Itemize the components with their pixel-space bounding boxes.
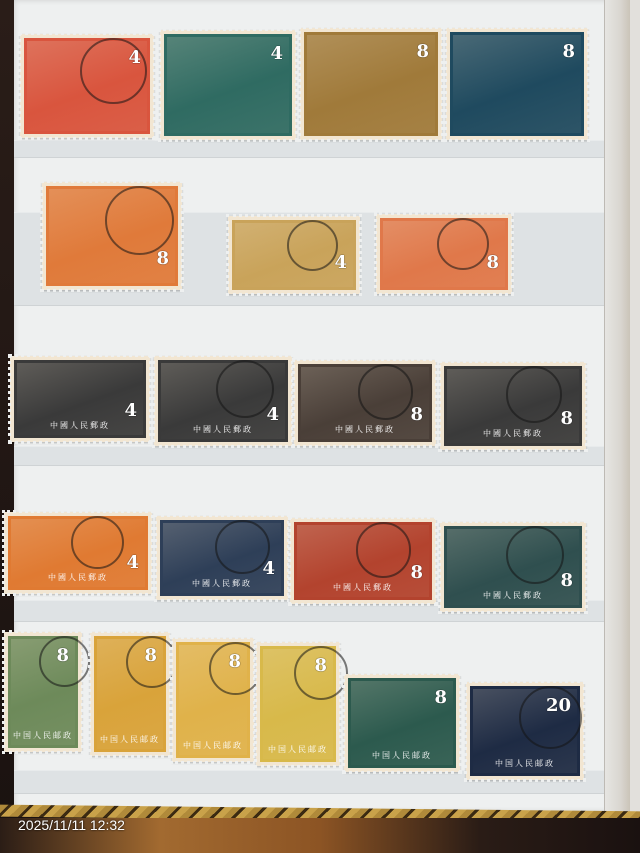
stamp-denomination: 4 <box>128 47 141 68</box>
stamp-denomination: 4 <box>334 252 347 273</box>
stamp-image: 4 <box>232 220 356 290</box>
stamp-country-label: 中国人民邮政 <box>263 744 333 755</box>
album-edge <box>630 0 640 815</box>
stamp-denomination: 4 <box>270 43 283 64</box>
stamp-denomination: 8 <box>228 651 241 672</box>
stamp-denomination: 8 <box>156 248 169 269</box>
stamp-image: 4中國人民郵政 <box>14 360 146 438</box>
stamp-denomination: 8 <box>410 404 423 425</box>
stamp-image: 8中國人民郵政 <box>294 522 432 600</box>
temple-of-heaven-stamp: 8 <box>446 28 588 140</box>
stamp-country-label: 中国人民邮政 <box>11 730 75 741</box>
map-stamp: 4中國人民郵政 <box>4 512 152 594</box>
stamp-image: 8中國人民郵政 <box>444 366 582 446</box>
stamp-image: 4 <box>164 34 292 136</box>
stamp-country-label: 中国人民邮政 <box>473 758 577 769</box>
stamp-denomination: 8 <box>562 41 575 62</box>
mural-stamp-2: 4中國人民郵政 <box>154 356 292 446</box>
river-stamp: 8中國人民郵政 <box>440 522 586 612</box>
stamp-country-label: 中國人民郵政 <box>301 424 429 435</box>
plough-stamp: 8中国人民邮政 <box>90 632 170 756</box>
stamp-image: 8 <box>304 32 438 136</box>
stamp-denomination: 8 <box>144 645 157 666</box>
stamp-image: 4中國人民郵政 <box>158 360 288 442</box>
mural-stamp-3: 8中國人民郵政 <box>294 360 436 446</box>
stamp-denomination: 8 <box>486 252 499 273</box>
stamp-denomination: 8 <box>560 570 573 591</box>
stamp-country-label: 中国人民邮政 <box>179 740 247 751</box>
planetarium-stamp: 8中国人民邮政 <box>344 674 460 772</box>
stamp-country-label: 中國人民郵政 <box>297 582 429 593</box>
harvest-girl-stamp: 8中国人民邮政 <box>172 638 254 762</box>
stamp-denomination: 8 <box>56 645 69 666</box>
stamp-country-label: 中國人民郵政 <box>163 578 281 589</box>
stamp-country-label: 中國人民郵政 <box>17 420 143 431</box>
stamp-image: 8中国人民邮政 <box>348 678 456 768</box>
stamp-denomination: 8 <box>560 408 573 429</box>
emblem-stamp-yellow: 4 <box>228 216 360 294</box>
stamp-denomination: 8 <box>434 687 447 708</box>
stamp-image: 8中國人民郵政 <box>444 526 582 608</box>
stamp-image: 8中國人民郵政 <box>298 364 432 442</box>
stamp-country-label: 中國人民郵政 <box>447 590 579 601</box>
stamp-denomination: 4 <box>126 552 139 573</box>
forbidden-city-stamp: 8 <box>300 28 442 140</box>
dam-stamp: 4中國人民郵政 <box>156 516 288 600</box>
stamp-country-label: 中国人民邮政 <box>351 750 453 761</box>
stamp-denomination: 8 <box>416 41 429 62</box>
stamp-image: 8中国人民邮政 <box>176 642 250 758</box>
emblem-stamp-orange: 8 <box>376 214 512 294</box>
mural-stamp-4: 8中國人民郵政 <box>440 362 586 450</box>
beihai-stamp: 4 <box>160 30 296 140</box>
stamp-image: 8中国人民邮政 <box>94 636 166 752</box>
stamp-image: 4中國人民郵政 <box>160 520 284 596</box>
stamp-denomination: 4 <box>266 404 279 425</box>
album-spine <box>604 0 631 815</box>
stamp-image: 4中國人民郵政 <box>8 516 148 590</box>
stamp-denomination: 4 <box>262 558 275 579</box>
reading-farmer-stamp: 8中国人民邮政 <box>4 632 82 752</box>
timestamp-overlay: 2025/11/11 12:32 <box>18 817 125 833</box>
stamp-image: 8 <box>450 32 584 136</box>
stamp-country-label: 中國人民郵政 <box>447 428 579 439</box>
stamp-image: 20中国人民邮政 <box>470 686 580 776</box>
stamp-denomination: 4 <box>124 400 137 421</box>
stamp-country-label: 中国人民邮政 <box>97 734 163 745</box>
stamp-denomination: 8 <box>410 562 423 583</box>
stamp-country-label: 中國人民郵政 <box>11 572 145 583</box>
stamp-strip <box>14 140 604 158</box>
stamp-country-label: 中國人民郵政 <box>161 424 285 435</box>
mural-stamp-1: 4中國人民郵政 <box>10 356 150 442</box>
stamp-image: 8中国人民邮政 <box>260 646 336 762</box>
stamp-image: 8 <box>380 218 508 290</box>
digging-worker-stamp: 8中国人民邮政 <box>256 642 340 766</box>
stamp-image: 8中国人民邮政 <box>8 636 78 748</box>
night-sky-stamp: 20中国人民邮政 <box>466 682 584 780</box>
stamp-image: 4 <box>24 38 150 134</box>
stamp-denomination: 8 <box>314 655 327 676</box>
tiananmen-stamp: 8 <box>42 182 182 290</box>
ship-stamp: 8中國人民郵政 <box>290 518 436 604</box>
stamp-image: 8 <box>46 186 178 286</box>
summer-palace-stamp: 4 <box>20 34 154 138</box>
stamp-denomination: 20 <box>546 695 571 716</box>
